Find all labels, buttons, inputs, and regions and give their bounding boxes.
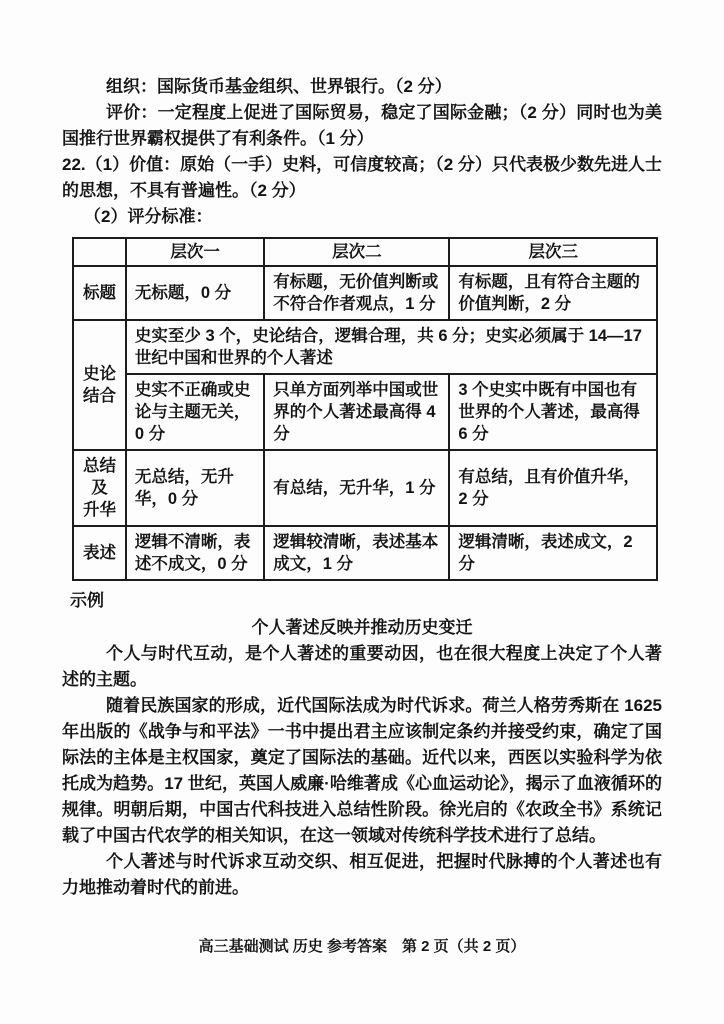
rubric-row-summary-label: 总结 及 升华 bbox=[73, 450, 126, 526]
rubric-cell: 3 个史实中既有中国也有世界的个人著述，最高得 6 分 bbox=[449, 374, 657, 450]
page-content: 组织：国际货币基金组织、世界银行。（2 分） 评价：一定程度上促进了国际贸易，稳… bbox=[0, 0, 724, 901]
rubric-cell: 逻辑不清晰，表述不成文，0 分 bbox=[126, 526, 264, 580]
rubric-header-level3: 层次三 bbox=[449, 238, 657, 266]
rubric-cell: 史实不正确或史论与主题无关，0 分 bbox=[126, 374, 264, 450]
rubric-header-level2: 层次二 bbox=[264, 238, 449, 266]
rubric-header-level1: 层次一 bbox=[126, 238, 264, 266]
rubric-row-expression: 表述 逻辑不清晰，表述不成文，0 分 逻辑较清晰，表述基本成文，1 分 逻辑清晰… bbox=[73, 526, 657, 580]
answer-sheet-page: 组织：国际货币基金组织、世界银行。（2 分） 评价：一定程度上促进了国际贸易，稳… bbox=[0, 0, 724, 1024]
essay-paragraph: 个人与时代互动，是个人著述的重要动因，也在很大程度上决定了个人著述的主题。 bbox=[62, 641, 662, 693]
rubric-cell: 有标题，且有符合主题的价值判断，2 分 bbox=[449, 266, 657, 320]
answer-organization-line: 组织：国际货币基金组织、世界银行。（2 分） bbox=[62, 74, 662, 100]
answer-q22-value-line: 22.（1）价值：原始（一手）史料，可信度较高；（2 分）只代表极少数先进人士的… bbox=[62, 152, 662, 204]
rubric-cell: 只单方面列举中国或世界的个人著述最高得 4 分 bbox=[264, 374, 449, 450]
rubric-cell: 有标题，无价值判断或不符合作者观点，1 分 bbox=[264, 266, 449, 320]
rubric-row-title: 标题 无标题，0 分 有标题，无价值判断或不符合作者观点，1 分 有标题，且有符… bbox=[73, 266, 657, 320]
rubric-cell: 有总结，无升华，1 分 bbox=[264, 450, 449, 526]
rubric-header-empty bbox=[73, 238, 126, 266]
rubric-row-title-label: 标题 bbox=[73, 266, 126, 320]
rubric-cell: 无总结，无升华，0 分 bbox=[126, 450, 264, 526]
answer-q22-criteria-label: （2）评分标准： bbox=[62, 204, 662, 230]
rubric-row-summary: 总结 及 升华 无总结，无升华，0 分 有总结，无升华，1 分 有总结，且有价值… bbox=[73, 450, 657, 526]
essay-paragraph: 随着民族国家的形成，近代国际法成为时代诉求。荷兰人格劳秀斯在 1625 年出版的… bbox=[62, 693, 662, 849]
essay-title: 个人著述反映并推动历史变迁 bbox=[62, 615, 662, 641]
rubric-row-history: 史实不正确或史论与主题无关，0 分 只单方面列举中国或世界的个人著述最高得 4 … bbox=[73, 374, 657, 450]
essay-paragraph: 个人著述与时代诉求互动交织、相互促进，把握时代脉搏的个人著述也有力地推动着时代的… bbox=[62, 849, 662, 901]
rubric-row-history-label: 史论 结合 bbox=[73, 320, 126, 450]
rubric-cell: 逻辑较清晰，表述基本成文，1 分 bbox=[264, 526, 449, 580]
rubric-cell: 有总结，且有价值升华，2 分 bbox=[449, 450, 657, 526]
answer-evaluation-line: 评价：一定程度上促进了国际贸易，稳定了国际金融；（2 分）同时也为美国推行世界霸… bbox=[62, 100, 662, 152]
rubric-cell: 无标题，0 分 bbox=[126, 266, 264, 320]
example-label: 示例 bbox=[62, 588, 662, 614]
rubric-row-expression-label: 表述 bbox=[73, 526, 126, 580]
scoring-rubric-table: 层次一 层次二 层次三 标题 无标题，0 分 有标题，无价值判断或不符合作者观点… bbox=[72, 237, 658, 581]
rubric-cell: 逻辑清晰，表述成文，2 分 bbox=[449, 526, 657, 580]
page-footer: 高三基础测试 历史 参考答案 第 2 页（共 2 页） bbox=[0, 936, 724, 958]
rubric-cell-span: 史实至少 3 个，史论结合，逻辑合理，共 6 分；史实必须属于 14—17 世纪… bbox=[126, 320, 657, 374]
rubric-row-history-span: 史论 结合 史实至少 3 个，史论结合，逻辑合理，共 6 分；史实必须属于 14… bbox=[73, 320, 657, 374]
rubric-header-row: 层次一 层次二 层次三 bbox=[73, 238, 657, 266]
